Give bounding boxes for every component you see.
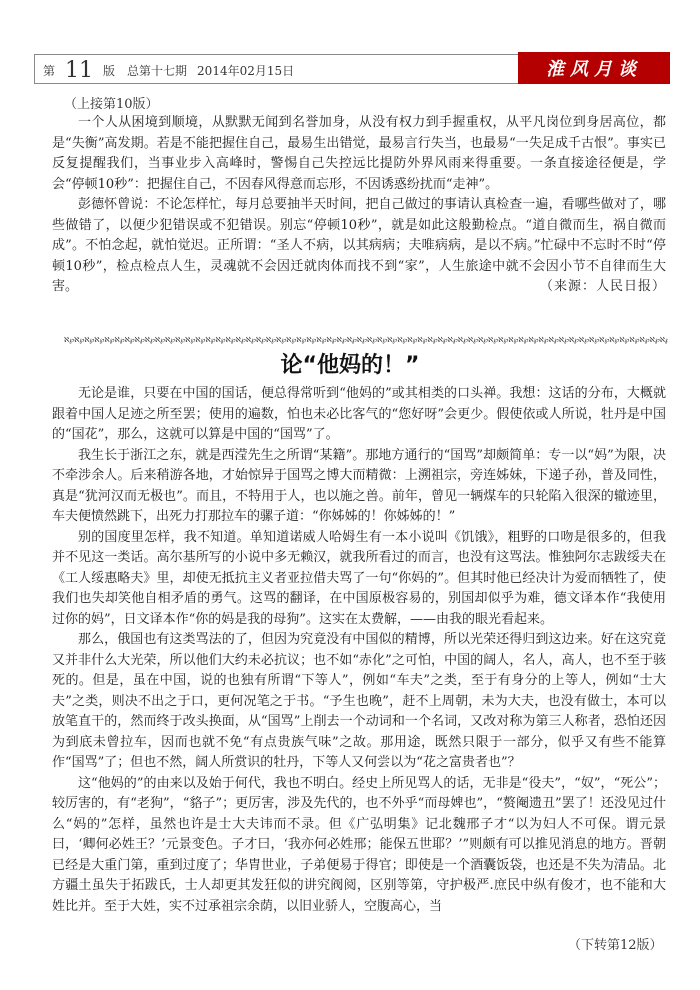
article-2-title: 论“他妈的！” xyxy=(0,348,700,379)
article-2-paragraph: 这“他妈的”的由来以及始于何代，我也不明白。经史上所见骂人的话，无非是“役夫”，… xyxy=(52,774,666,918)
article-2-paragraph: 无论是谁，只要在中国的国话，便总得常听到“他妈的”或其相类的口头禅。我想：这话的… xyxy=(52,384,666,446)
article-2-paragraph: 我生长于浙江之东，就是西滢先生之所谓“某籍”。那地方通行的“国骂”却颇简单：专一… xyxy=(52,446,666,528)
issue-number: 总第十七期 xyxy=(127,58,187,84)
article-1-body: 一个人从困境到顺境，从默默无闻到名誉加身，从没有权力到手握重权，从平凡岗位到身居… xyxy=(52,113,666,298)
ornamental-divider: ℵ℘ℵ℘ℵ℘ℵ℘ℵ℘ℵ℘ℵ℘ℵ℘ℵ℘ℵ℘ℵ℘ℵ℘ℵ℘ℵ℘ℵ℘ℵ℘ℵ℘ℵ℘ℵ℘ℵ℘… xyxy=(64,336,668,344)
article-2-body: 无论是谁，只要在中国的国话，便总得常听到“他妈的”或其相类的口头禅。我想：这话的… xyxy=(52,384,666,917)
article-2-paragraph: 别的国度里怎样，我不知道。单知道诺威人哈姆生有一本小说叫《饥饿》，粗野的口吻是很… xyxy=(52,528,666,631)
page-suffix: 版 xyxy=(103,58,115,84)
page-prefix: 第 xyxy=(43,58,55,84)
issue-meta: 第 11 版 总第十七期 2014年02月15日 xyxy=(35,54,518,84)
article-source: （来源：人民日报） xyxy=(514,277,666,298)
article-2-paragraph: 那么，俄国也有这类骂法的了，但因为究竟没有中国似的精博，所以光荣还得归到这边来。… xyxy=(52,630,666,774)
continued-from-label: （上接第10版） xyxy=(64,93,159,112)
issue-date: 2014年02月15日 xyxy=(197,58,294,84)
article-1-paragraph: 一个人从困境到顺境，从默默无闻到名誉加身，从没有权力到手握重权，从平凡岗位到身居… xyxy=(52,113,666,195)
page-header: 第 11 版 总第十七期 2014年02月15日 淮风月谈 xyxy=(34,54,670,84)
publication-brand: 淮风月谈 xyxy=(518,52,670,84)
article-1-paragraph: 彭德怀曾说：不论怎样忙，每月总要抽半天时间，把自己做过的事请认真检查一遍，看哪些… xyxy=(52,195,666,298)
page-number: 11 xyxy=(65,58,93,84)
continued-to-label: （下转第12版） xyxy=(568,934,663,953)
